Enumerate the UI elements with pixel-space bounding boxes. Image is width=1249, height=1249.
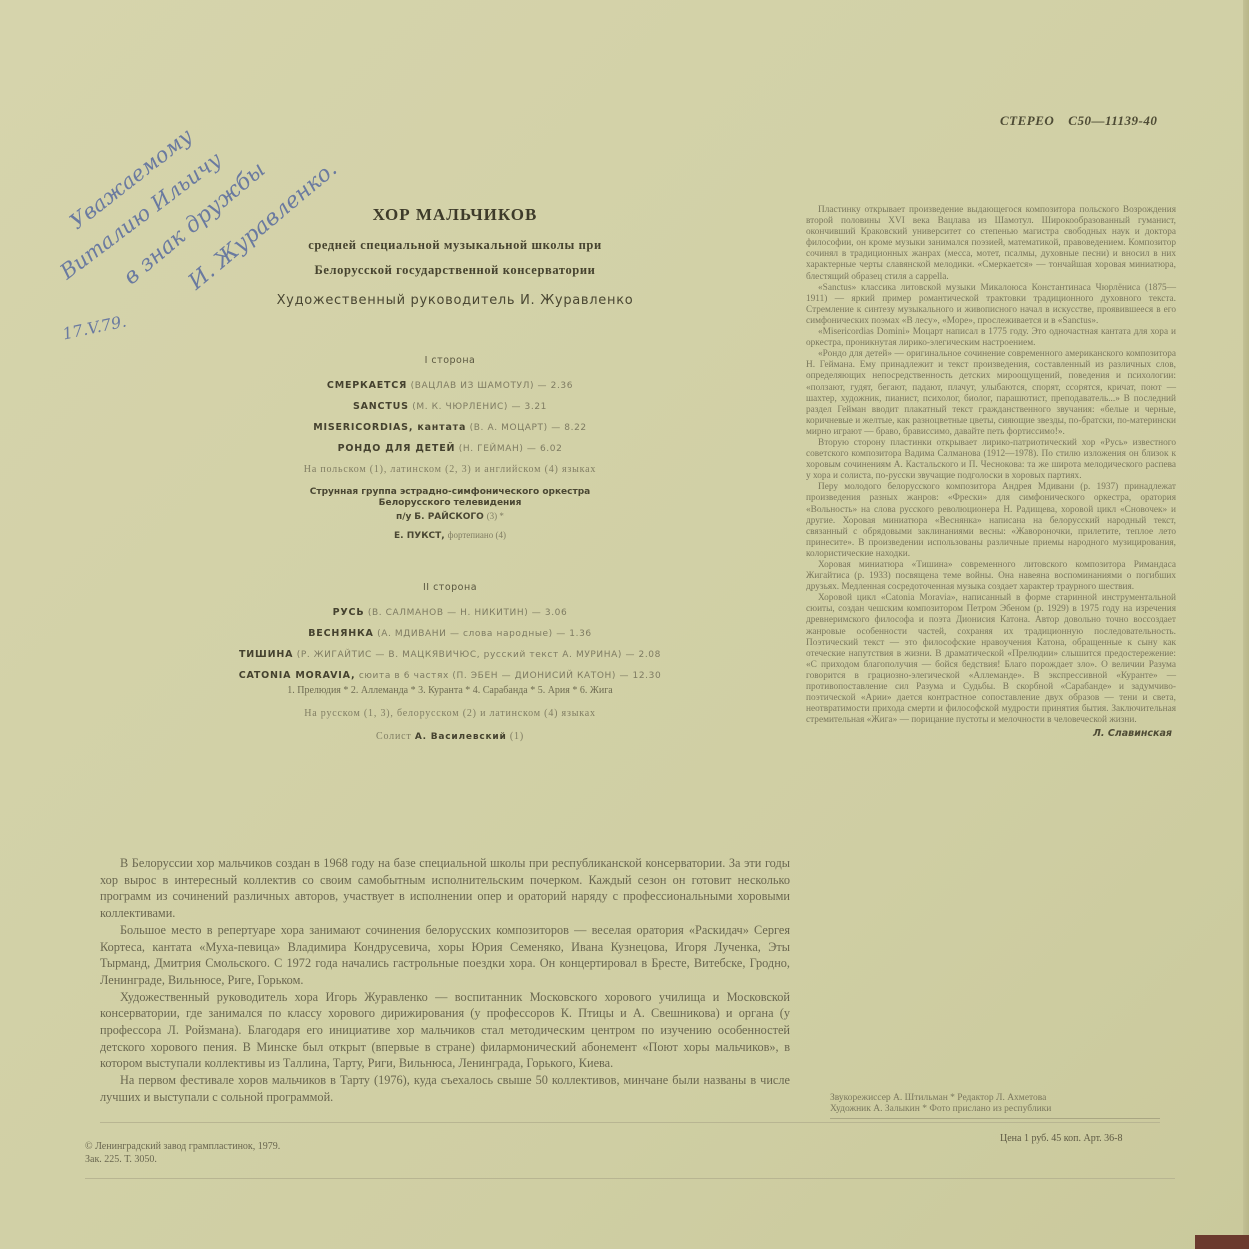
artistic-director: Художественный руководитель И. Журавленк…	[230, 293, 680, 308]
production-credits: Звукорежиссер А. Штильман * Редактор Л. …	[830, 1093, 1160, 1119]
track-item: MISERICORDIAS, кантата (В. А. МОЦАРТ) — …	[200, 422, 700, 433]
bio-paragraph: На первом фестивале хоров мальчиков в Та…	[100, 1072, 790, 1105]
track-item: ТИШИНА (Р. ЖИГАЙТИС — В. МАЦКЯВИЧЮС, рус…	[200, 649, 700, 660]
bio-paragraph: Большое место в репертуаре хора занимают…	[100, 922, 790, 989]
bio-paragraph: В Белоруссии хор мальчиков создан в 1968…	[100, 855, 790, 922]
copyright-notice: © Ленинградский завод грампластинок, 197…	[85, 1140, 280, 1166]
track-item: РОНДО ДЛЯ ДЕТЕЙ (Н. ГЕЙМАН) — 6.02	[200, 443, 700, 454]
liner-paragraph: Перу молодого белорусского композитора А…	[806, 482, 1176, 560]
side-1-label: I сторона	[200, 355, 700, 366]
album-title: ХОР МАЛЬЧИКОВ	[230, 205, 680, 225]
liner-paragraph: Хоровой цикл «Catonia Moravia», написанн…	[806, 593, 1176, 726]
suite-parts: 1. Прелюдия * 2. Аллеманда * 3. Куранта …	[200, 685, 700, 696]
pianist-credit: Е. ПУКСТ, фортепиано (4)	[200, 530, 700, 542]
conductor-credit: п/у Б. РАЙСКОГО (3) *	[200, 511, 700, 523]
liner-paragraph: «Sanctus» классика литовской музыки Мика…	[806, 283, 1176, 327]
sleeve-corner-shadow	[1195, 1235, 1249, 1249]
notes-author: Л. Славинская	[806, 728, 1176, 739]
divider	[85, 1178, 1175, 1179]
ensemble-credit: Струнная группа эстрадно-симфонического …	[200, 487, 700, 498]
divider	[100, 1122, 1160, 1123]
track-listing: I сторона СМЕРКАЕТСЯ (ВАЦЛАВ ИЗ ШАМОТУЛ)…	[200, 355, 700, 754]
price-label: Цена 1 руб. 45 коп. Арт. 36-8	[1000, 1133, 1123, 1144]
track-item: CATONIA MORAVIA, сюита в 6 частях (П. ЭБ…	[200, 670, 700, 681]
track-item: РУСЬ (В. САЛМАНОВ — Н. НИКИТИН) — 3.06	[200, 607, 700, 618]
track-item: ВЕСНЯНКА (А. МДИВАНИ — слова народные) —…	[200, 628, 700, 639]
side-2-languages: На русском (1, 3), белорусском (2) и лат…	[200, 708, 700, 719]
liner-paragraph: «Рондо для детей» — оригинальное сочинен…	[806, 349, 1176, 438]
track-item: SANCTUS (М. К. ЧЮРЛЕНИС) — 3.21	[200, 401, 700, 412]
catalog-number: СТЕРЕОС50—11139-40	[1000, 113, 1171, 129]
liner-paragraph: Хоровая миниатюра «Тишина» современного …	[806, 560, 1176, 593]
ensemble-credit: Белорусского телевидения	[200, 498, 700, 509]
bio-paragraph: Художественный руководитель хора Игорь Ж…	[100, 989, 790, 1073]
liner-paragraph: Пластинку открывает произведение выдающе…	[806, 205, 1176, 283]
side-2-label: II сторона	[200, 582, 700, 593]
catalog-code: С50—11139-40	[1068, 113, 1157, 128]
side-1-languages: На польском (1), латинском (2, 3) и англ…	[200, 464, 700, 475]
choir-biography: В Белоруссии хор мальчиков создан в 1968…	[100, 855, 790, 1106]
liner-paragraph: «Misericordias Domini» Моцарт написал в …	[806, 327, 1176, 349]
album-subtitle: Белорусской государственной консерватори…	[230, 263, 680, 278]
liner-notes: Пластинку открывает произведение выдающе…	[806, 205, 1176, 740]
liner-paragraph: Вторую сторону пластинки открывает лирик…	[806, 438, 1176, 482]
sleeve-edge	[1243, 0, 1249, 1249]
track-item: СМЕРКАЕТСЯ (ВАЦЛАВ ИЗ ШАМОТУЛ) — 2.36	[200, 380, 700, 391]
stereo-label: СТЕРЕО	[1000, 113, 1054, 128]
album-header: ХОР МАЛЬЧИКОВ средней специальной музыка…	[230, 205, 680, 308]
album-subtitle: средней специальной музыкальной школы пр…	[230, 238, 680, 253]
soloist-credit: Солист А. Василевский (1)	[200, 731, 700, 742]
